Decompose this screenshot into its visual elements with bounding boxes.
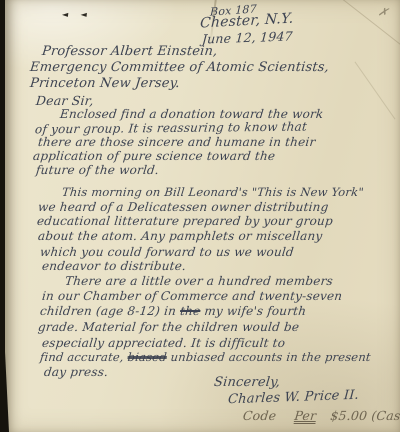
body-line: educational litterature prepared by your… [36, 215, 333, 228]
body-line-segment: unbiased accounts in the present [166, 350, 371, 364]
body-line: find accurate, biased unbiased accounts … [39, 351, 371, 364]
recipient-name: Professor Albert Einstein, [41, 45, 218, 58]
code-per: Per [294, 408, 317, 423]
salutation: Dear Sir, [35, 94, 94, 107]
body-line: which you could forward to us we would [39, 246, 294, 259]
body-line: application of pure science toward the [32, 150, 276, 163]
body-line: day press. [43, 366, 108, 379]
body-line-segment: my wife's fourth [200, 304, 307, 318]
body-line: children (age 8-12) in the my wife's fou… [39, 305, 306, 318]
body-line: endeavor to distribute. [41, 260, 186, 273]
scanned-letter: ◄ ◄ ✗ Box 187 Chester, N.Y. June 12, 194… [0, 0, 400, 432]
body-line-segment: children (age 8-12) in [39, 304, 181, 318]
code-annotation: Code Per $5.00 (Cash) [242, 409, 400, 422]
body-line: There are a little over a hundred member… [64, 275, 333, 288]
body-line: about the atom. Any pamphlets or miscell… [37, 230, 323, 243]
scan-edge [3, 312, 9, 432]
recipient-organization: Emergency Committee of Atomic Scientists… [29, 61, 329, 74]
corner-arrows-mark: ◄ ◄ [61, 8, 92, 21]
body-line: grade. Material for the children would b… [37, 321, 300, 334]
body-line: there are those sincere and humane in th… [37, 136, 316, 149]
body-line: future of the world. [35, 164, 159, 177]
struck-word: the [179, 304, 201, 318]
recipient-city: Princeton New Jersey. [29, 77, 180, 90]
body-line-segment: find accurate, [39, 350, 128, 364]
body-line: we heard of a Delicatessen owner distrib… [37, 201, 329, 214]
body-line: This morning on Bill Leonard's "This is … [61, 186, 364, 199]
valediction: Sincerely, [213, 376, 281, 389]
code-amount: $5.00 (Cash) [330, 408, 400, 423]
code-label: Code [242, 408, 277, 423]
body-line: especially appreciated. It is difficult … [41, 337, 286, 350]
scribbled-word: biased [127, 350, 168, 364]
body-line: in our Chamber of Commerce and twenty-se… [41, 290, 343, 303]
